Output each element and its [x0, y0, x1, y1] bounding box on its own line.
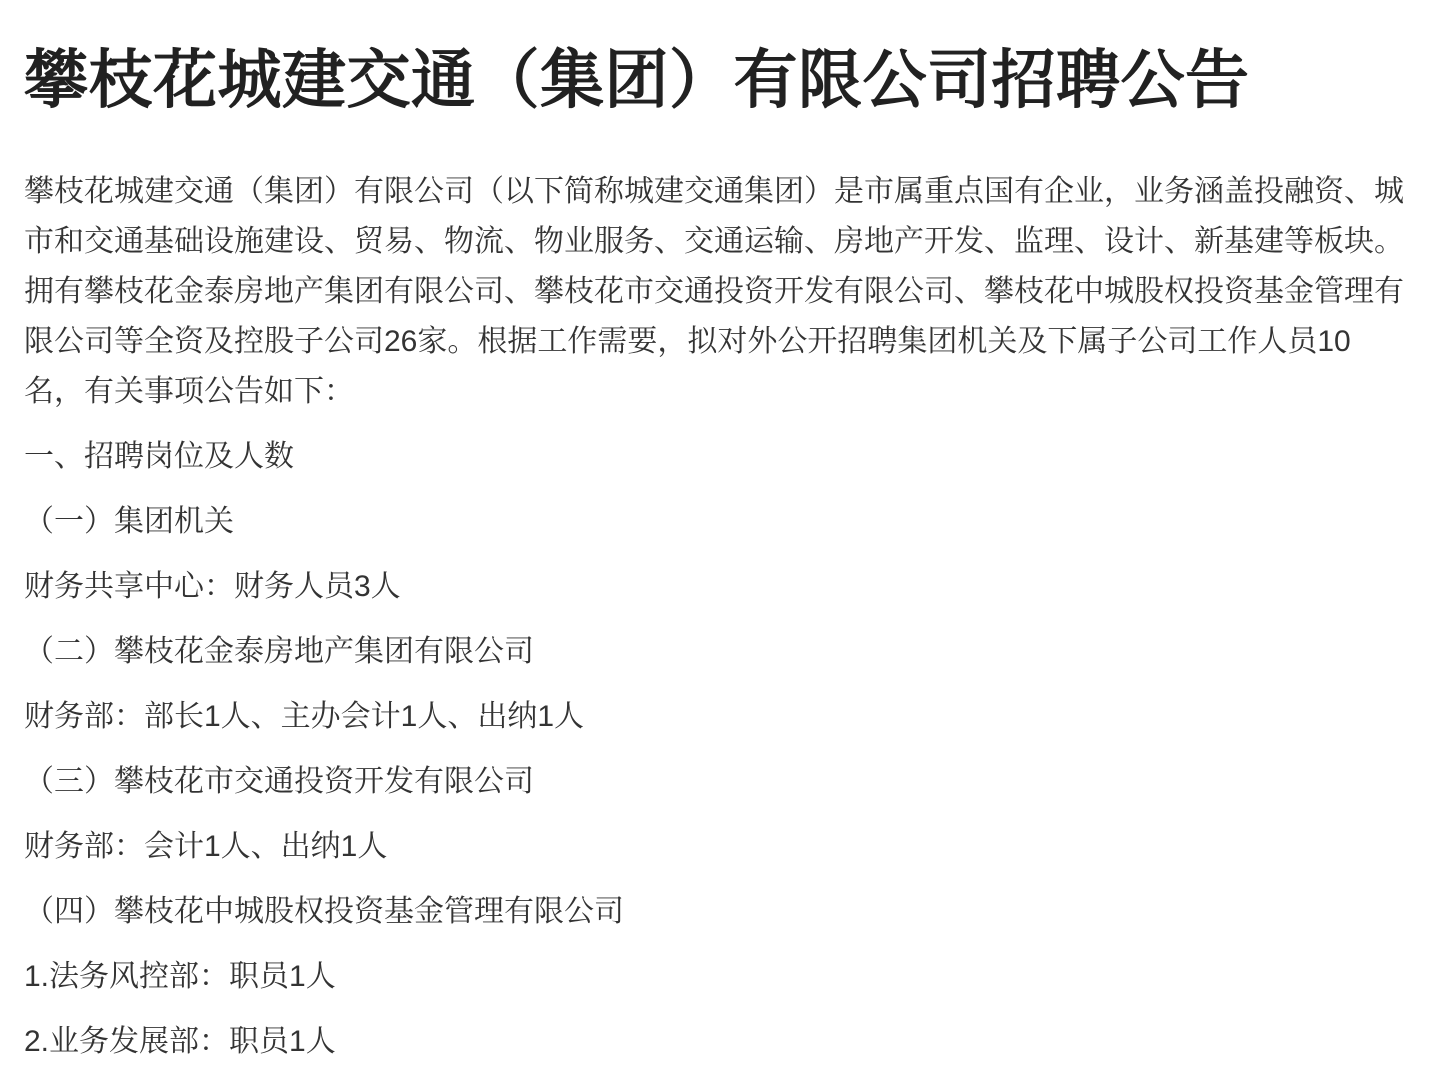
page-title: 攀枝花城建交通（集团）有限公司招聘公告: [24, 40, 1404, 120]
item-business-development-dept: 2.业务发展部：职员1人: [24, 1017, 1404, 1067]
heading-recruitment-positions: 一、招聘岗位及人数: [24, 432, 1404, 482]
subheading-transport-investment: （三）攀枝花市交通投资开发有限公司: [24, 757, 1404, 807]
subheading-group-headquarters: （一）集团机关: [24, 497, 1404, 547]
intro-paragraph: 攀枝花城建交通（集团）有限公司（以下简称城建交通集团）是市属重点国有企业，业务涵…: [24, 167, 1404, 417]
announcement-document: 攀枝花城建交通（集团）有限公司招聘公告 攀枝花城建交通（集团）有限公司（以下简称…: [0, 40, 1404, 1067]
subheading-zhongcheng-equity-fund: （四）攀枝花中城股权投资基金管理有限公司: [24, 887, 1404, 937]
item-finance-shared-center: 财务共享中心：财务人员3人: [24, 562, 1404, 612]
subheading-jintai-real-estate: （二）攀枝花金泰房地产集团有限公司: [24, 627, 1404, 677]
item-jintai-finance-dept: 财务部：部长1人、主办会计1人、出纳1人: [24, 692, 1404, 742]
item-legal-risk-control-dept: 1.法务风控部：职员1人: [24, 952, 1404, 1002]
item-transport-finance-dept: 财务部：会计1人、出纳1人: [24, 822, 1404, 872]
